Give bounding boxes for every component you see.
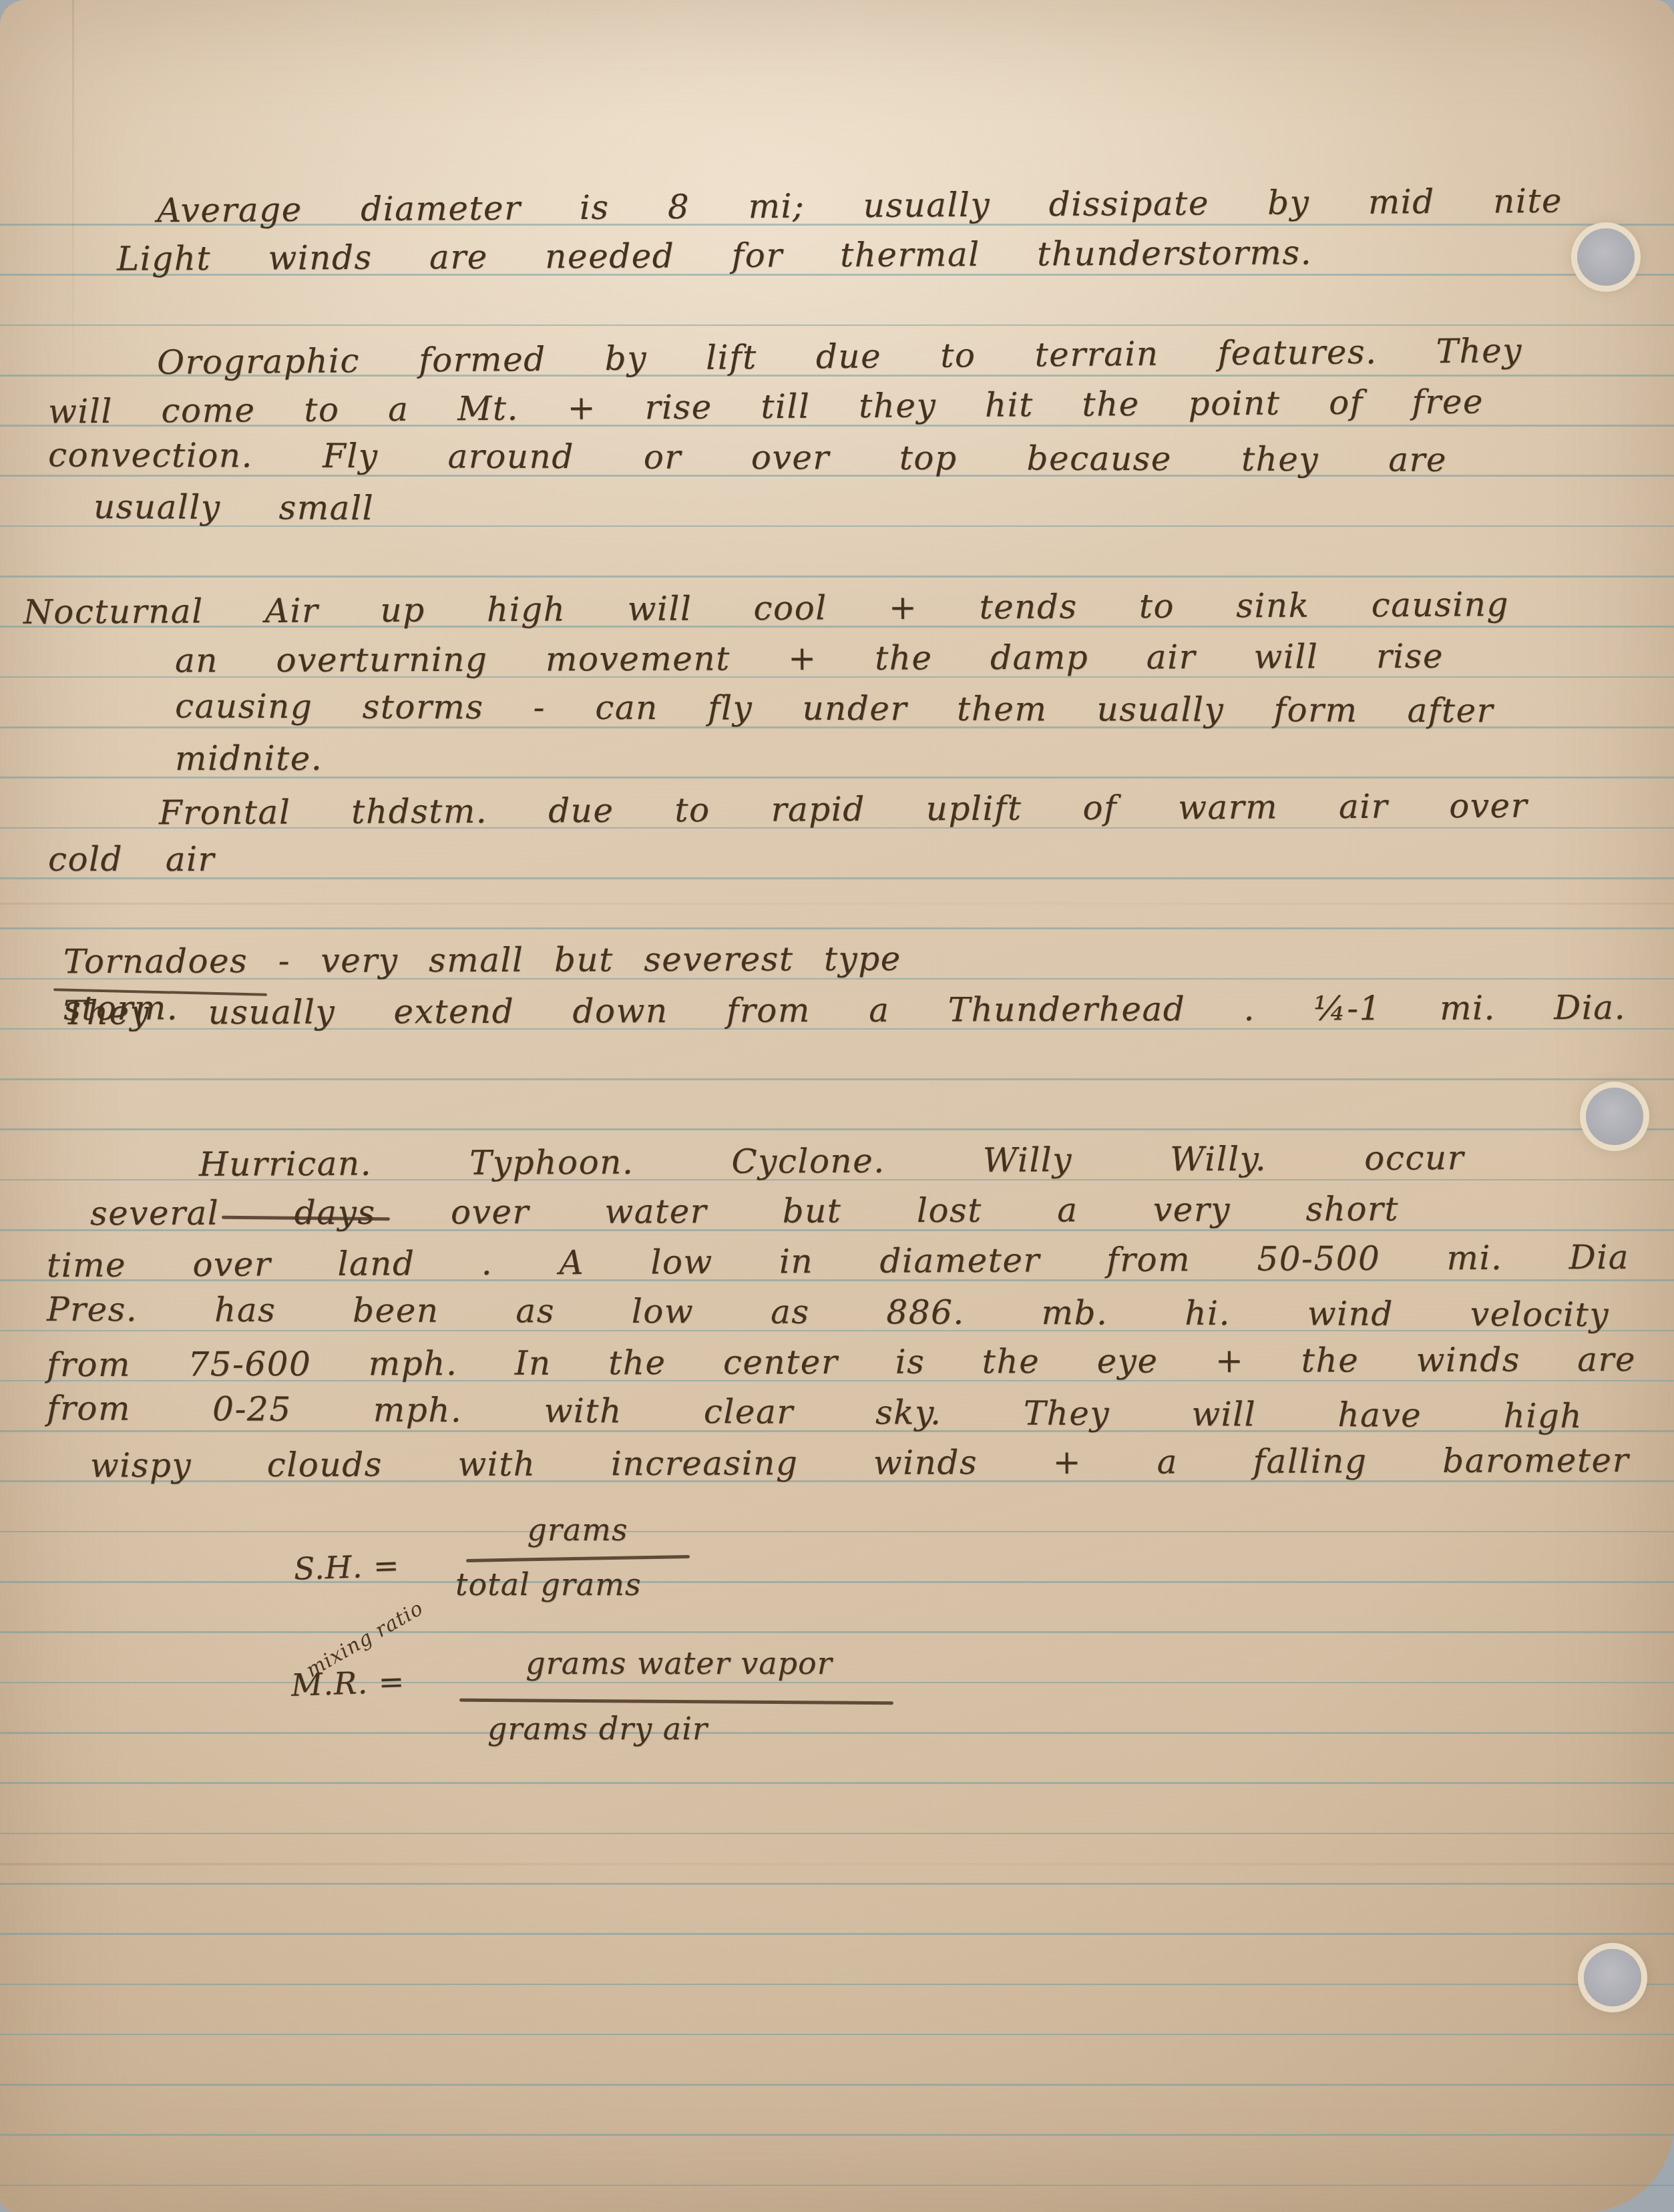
handwritten-line: an overturning movement + the damp air w… [175,633,1444,684]
handwritten-line: Pres. has been as low as 886. mb. hi. wi… [47,1286,1609,1338]
handwritten-line: from 0-25 mph. with clear sky. They will… [47,1385,1583,1440]
handwritten-line: causing storms - can fly under them usua… [175,683,1494,734]
handwritten-line: convection. Fly around or over top becau… [48,431,1447,483]
handwritten-line: midnite. [175,735,342,782]
handwritten-line: Frontal thdstm. due to rapid uplift of w… [159,783,1528,837]
paper-crease-vertical [72,0,74,454]
handwritten-line: time over land . A low in diameter from … [47,1234,1629,1289]
handwritten-line: usually small [93,483,374,531]
handwritten-line: Nocturnal Air up high will cool + tends … [23,581,1509,636]
handwritten-line: Average diameter is 8 mi; usually dissip… [157,178,1562,234]
handwritten-line: cold air [48,836,215,883]
formula-sh-label: S.H. = [293,1547,400,1586]
punch-hole-middle [1586,1088,1643,1145]
formula-mr-denominator: grams dry air [487,1711,708,1747]
formula-sh-numerator: grams [467,1512,688,1548]
handwritten-line: wispy clouds with increasing winds + a f… [90,1437,1629,1489]
handwritten-line: from 75-600 mph. In the center is the ey… [47,1336,1636,1388]
handwritten-line: several days over water but lost a very … [90,1186,1399,1237]
scan-backdrop: { "document": { "kind": "Handwritten met… [0,0,1674,2212]
formula-mr-numerator: grams water vapor [462,1645,896,1681]
handwritten-line: Hurrican. Typhoon. Cyclone. Willy Willy.… [199,1134,1464,1188]
paper-crease-horizontal-2 [0,1863,1674,1865]
handwritten-line: Light winds are needed for thermal thund… [117,229,1312,282]
punch-hole-top [1577,228,1635,286]
punch-hole-bottom [1584,1949,1641,2006]
handwritten-line: They usually extend down from a Thunderh… [63,984,1626,1036]
formula-mr-label: M.R. = [290,1663,405,1703]
paper-crease-horizontal-1 [0,903,1674,905]
notebook-page: Average diameter is 8 mi; usually dissip… [0,0,1674,2212]
formula-sh-denominator: total grams [455,1566,642,1602]
